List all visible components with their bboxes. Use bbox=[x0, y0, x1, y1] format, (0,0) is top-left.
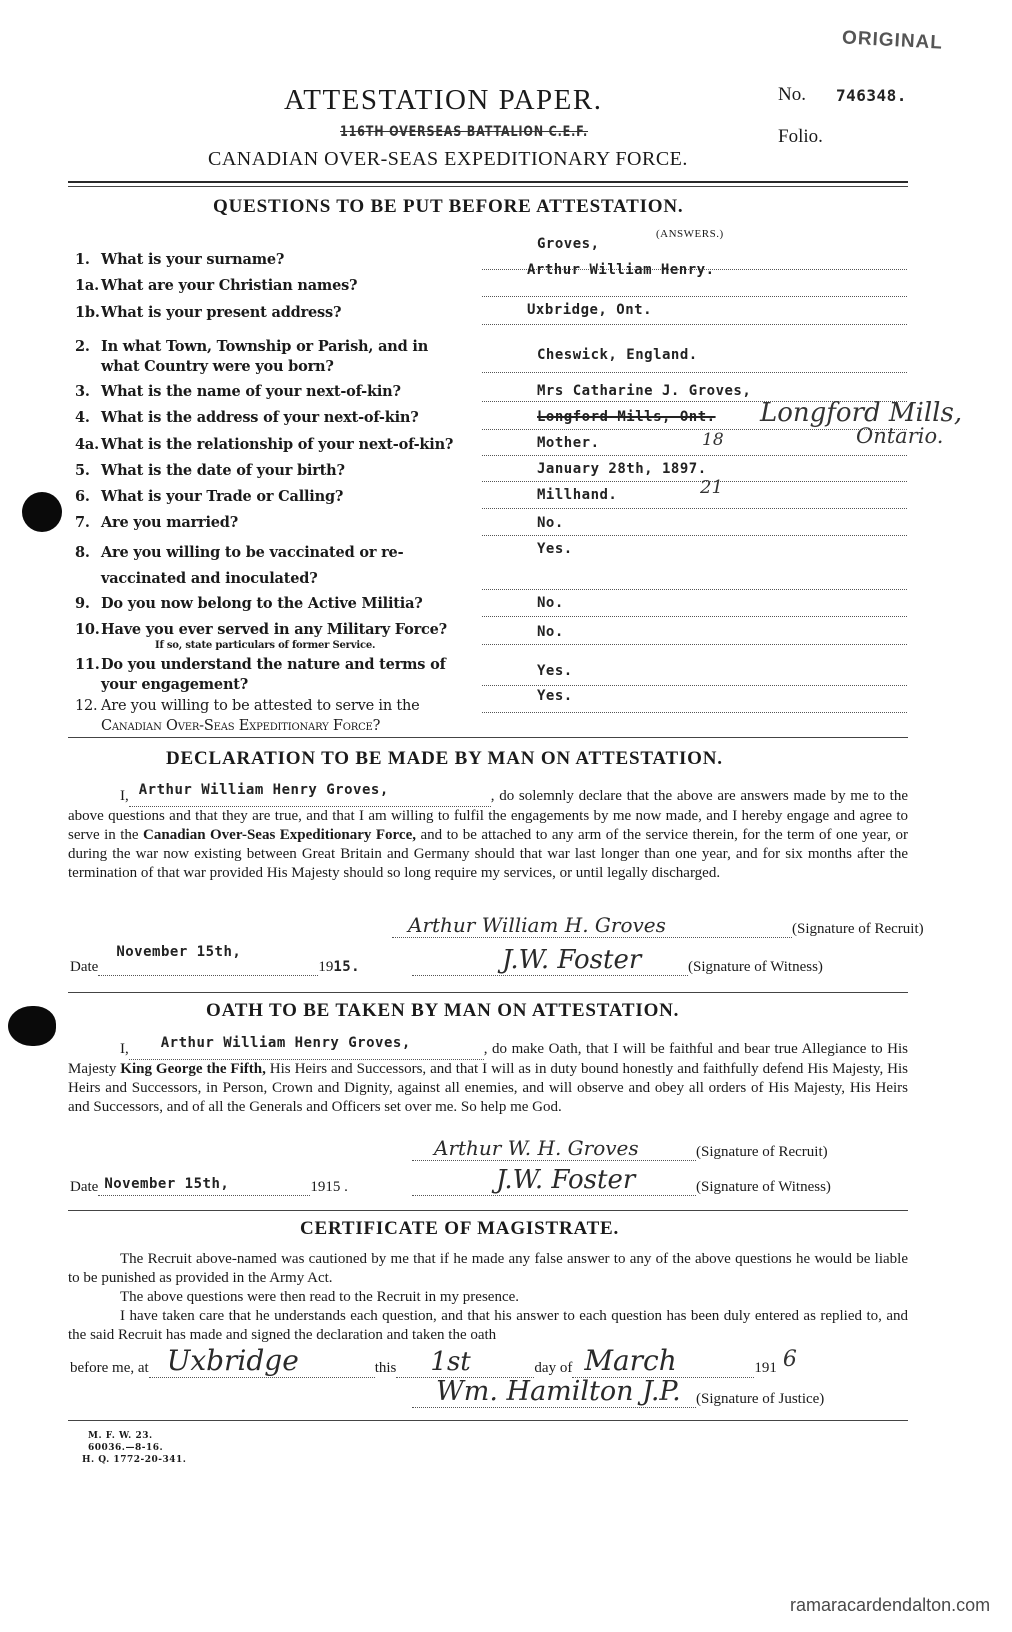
answer-married: No. bbox=[537, 515, 564, 531]
handwritten-annotation-18: 18 bbox=[702, 430, 724, 450]
regimental-number: 746348. bbox=[836, 86, 907, 105]
magistrate-heading: CERTIFICATE OF MAGISTRATE. bbox=[300, 1218, 619, 1240]
answer-relationship: Mother. bbox=[537, 435, 600, 451]
answer-next-of-kin-name: Mrs Catharine J. Groves, bbox=[537, 383, 751, 399]
answer-line bbox=[482, 589, 907, 590]
oath-recruit-name: Arthur William Henry Groves, bbox=[161, 1034, 411, 1053]
answer-surname: Groves, bbox=[537, 236, 600, 252]
question-1b: 1b.What is your present address? bbox=[75, 303, 460, 323]
magistrate-day: 1st bbox=[430, 1347, 470, 1377]
oath-recruit-signature-row: Arthur W. H. Groves(Signature of Recruit… bbox=[412, 1143, 828, 1161]
section-divider bbox=[68, 737, 908, 738]
answer-date-of-birth: January 28th, 1897. bbox=[537, 461, 707, 477]
question-2: 2.In what Town, Township or Parish, and … bbox=[75, 337, 460, 377]
answer-line bbox=[482, 324, 907, 325]
witness-signature: J.W. Foster bbox=[502, 945, 641, 975]
declaration-text: I,Arthur William Henry Groves, , do sole… bbox=[68, 787, 908, 883]
folio-label: Folio. bbox=[778, 126, 823, 148]
answer-active-militia: No. bbox=[537, 595, 564, 611]
answer-present-address: Uxbridge, Ont. bbox=[527, 302, 652, 318]
magistrate-place-date-row: before me, atUxbridgethis1stday ofMarch1… bbox=[70, 1353, 797, 1378]
punch-hole-upper bbox=[22, 492, 62, 532]
force-name: CANADIAN OVER-SEAS EXPEDITIONARY FORCE. bbox=[208, 148, 688, 171]
answer-line bbox=[482, 508, 907, 509]
declaration-date: November 15th, bbox=[116, 944, 241, 960]
questions-heading: QUESTIONS TO BE PUT BEFORE ATTESTATION. bbox=[213, 196, 683, 218]
answer-trade: Millhand. bbox=[537, 487, 617, 503]
document-title: ATTESTATION PAPER. bbox=[284, 84, 602, 117]
question-4: 4.What is the address of your next-of-ki… bbox=[75, 408, 460, 428]
attestation-paper: ORIGINAL ATTESTATION PAPER. No. 746348. … bbox=[0, 0, 1012, 1632]
declaration-year: 15. bbox=[333, 959, 360, 975]
answer-christian-names: Arthur William Henry. bbox=[527, 262, 715, 278]
answer-next-of-kin-address-struck: Longford Mills, Ont. bbox=[537, 409, 716, 425]
oath-recruit-signature-field: Arthur W. H. Groves bbox=[412, 1143, 696, 1161]
question-9: 9.Do you now belong to the Active Militi… bbox=[75, 594, 460, 614]
section-divider bbox=[68, 1210, 908, 1211]
question-1: 1.What is your surname? bbox=[75, 250, 460, 270]
number-label: No. bbox=[778, 84, 806, 106]
question-8: 8.Are you willing to be vaccinated or re… bbox=[75, 540, 460, 592]
declaration-date-row: DateNovember 15th,1915. bbox=[70, 958, 360, 976]
form-code-2: 60036.—8-16. bbox=[88, 1443, 163, 1453]
oath-witness-signature: J.W. Foster bbox=[496, 1165, 635, 1195]
magistrate-month: March bbox=[584, 1344, 676, 1377]
question-7: 7.Are you married? bbox=[75, 513, 460, 533]
question-10: 10.Have you ever served in any Military … bbox=[75, 620, 460, 651]
answer-line bbox=[482, 712, 907, 713]
header-divider bbox=[68, 181, 908, 183]
header-divider-2 bbox=[68, 186, 908, 187]
oath-witness-row: J.W. Foster(Signature of Witness) bbox=[412, 1178, 831, 1196]
witness-signature-field: J.W. Foster bbox=[412, 958, 688, 976]
question-12: 12.Are you willing to be attested to ser… bbox=[75, 696, 460, 736]
answers-label: (ANSWERS.) bbox=[656, 228, 724, 240]
justice-signature-row: Wm. Hamilton J.P.(Signature of Justice) bbox=[412, 1390, 824, 1408]
oath-recruit-signature: Arthur W. H. Groves bbox=[434, 1136, 639, 1160]
recruit-signature: Arthur William H. Groves bbox=[408, 913, 666, 937]
answer-birthplace: Cheswick, England. bbox=[537, 347, 698, 363]
original-stamp: ORIGINAL bbox=[841, 27, 943, 54]
answer-line bbox=[482, 296, 907, 297]
battalion-stamp-struck: 116TH OVERSEAS BATTALION C.E.F. bbox=[340, 124, 588, 140]
form-code-1: M. F. W. 23. bbox=[88, 1431, 153, 1441]
answer-line bbox=[482, 455, 907, 456]
recruit-signature-field: Arthur William H. Groves bbox=[392, 920, 792, 938]
oath-heading: OATH TO BE TAKEN BY MAN ON ATTESTATION. bbox=[206, 1000, 679, 1022]
answer-military-force: No. bbox=[537, 624, 564, 640]
question-3: 3.What is the name of your next-of-kin? bbox=[75, 382, 460, 402]
declaration-recruit-signature-row: Arthur William H. Groves(Signature of Re… bbox=[392, 920, 924, 938]
magistrate-year: 6 bbox=[783, 1347, 797, 1372]
question-1a: 1a.What are your Christian names? bbox=[75, 276, 460, 296]
magistrate-place: Uxbridge bbox=[167, 1344, 299, 1377]
answer-line bbox=[482, 685, 907, 686]
oath-date-row: DateNovember 15th,1915 . bbox=[70, 1178, 348, 1196]
answer-line bbox=[482, 481, 907, 482]
section-divider bbox=[68, 992, 908, 993]
handwritten-annotation-21: 21 bbox=[700, 477, 723, 498]
magistrate-para-2: The above questions were then read to th… bbox=[68, 1288, 908, 1307]
footer-divider bbox=[68, 1420, 908, 1421]
magistrate-para-1: The Recruit above-named was cautioned by… bbox=[68, 1250, 908, 1288]
magistrate-para-3: I have taken care that he understands ea… bbox=[68, 1307, 908, 1345]
answer-line bbox=[482, 616, 907, 617]
answer-willing-to-serve: Yes. bbox=[537, 688, 573, 704]
oath-witness-signature-field: J.W. Foster bbox=[412, 1178, 696, 1196]
answer-vaccinated: Yes. bbox=[537, 541, 573, 557]
declaration-heading: DECLARATION TO BE MADE BY MAN ON ATTESTA… bbox=[166, 748, 723, 770]
answer-line bbox=[482, 644, 907, 645]
question-4a: 4a.What is the relationship of your next… bbox=[75, 435, 485, 455]
question-11: 11.Do you understand the nature and term… bbox=[75, 655, 460, 695]
justice-signature: Wm. Hamilton J.P. bbox=[436, 1376, 681, 1407]
handwritten-next-of-kin-province: Ontario. bbox=[856, 424, 943, 448]
answer-line bbox=[482, 429, 907, 430]
oath-text: I,Arthur William Henry Groves, , do make… bbox=[68, 1040, 908, 1117]
form-code-3: H. Q. 1772-20-341. bbox=[82, 1455, 186, 1465]
declaration-witness-row: J.W. Foster(Signature of Witness) bbox=[412, 958, 823, 976]
question-5: 5.What is the date of your birth? bbox=[75, 461, 460, 481]
answer-line bbox=[482, 372, 907, 373]
justice-signature-field: Wm. Hamilton J.P. bbox=[412, 1390, 696, 1408]
punch-hole-lower bbox=[8, 1006, 56, 1046]
answer-line bbox=[482, 535, 907, 536]
question-6: 6.What is your Trade or Calling? bbox=[75, 487, 460, 507]
answer-understand-terms: Yes. bbox=[537, 663, 573, 679]
oath-date: November 15th, bbox=[104, 1176, 229, 1192]
declaration-recruit-name: Arthur William Henry Groves, bbox=[139, 781, 389, 800]
website-watermark[interactable]: ramaracardendalton.com bbox=[790, 1595, 990, 1616]
